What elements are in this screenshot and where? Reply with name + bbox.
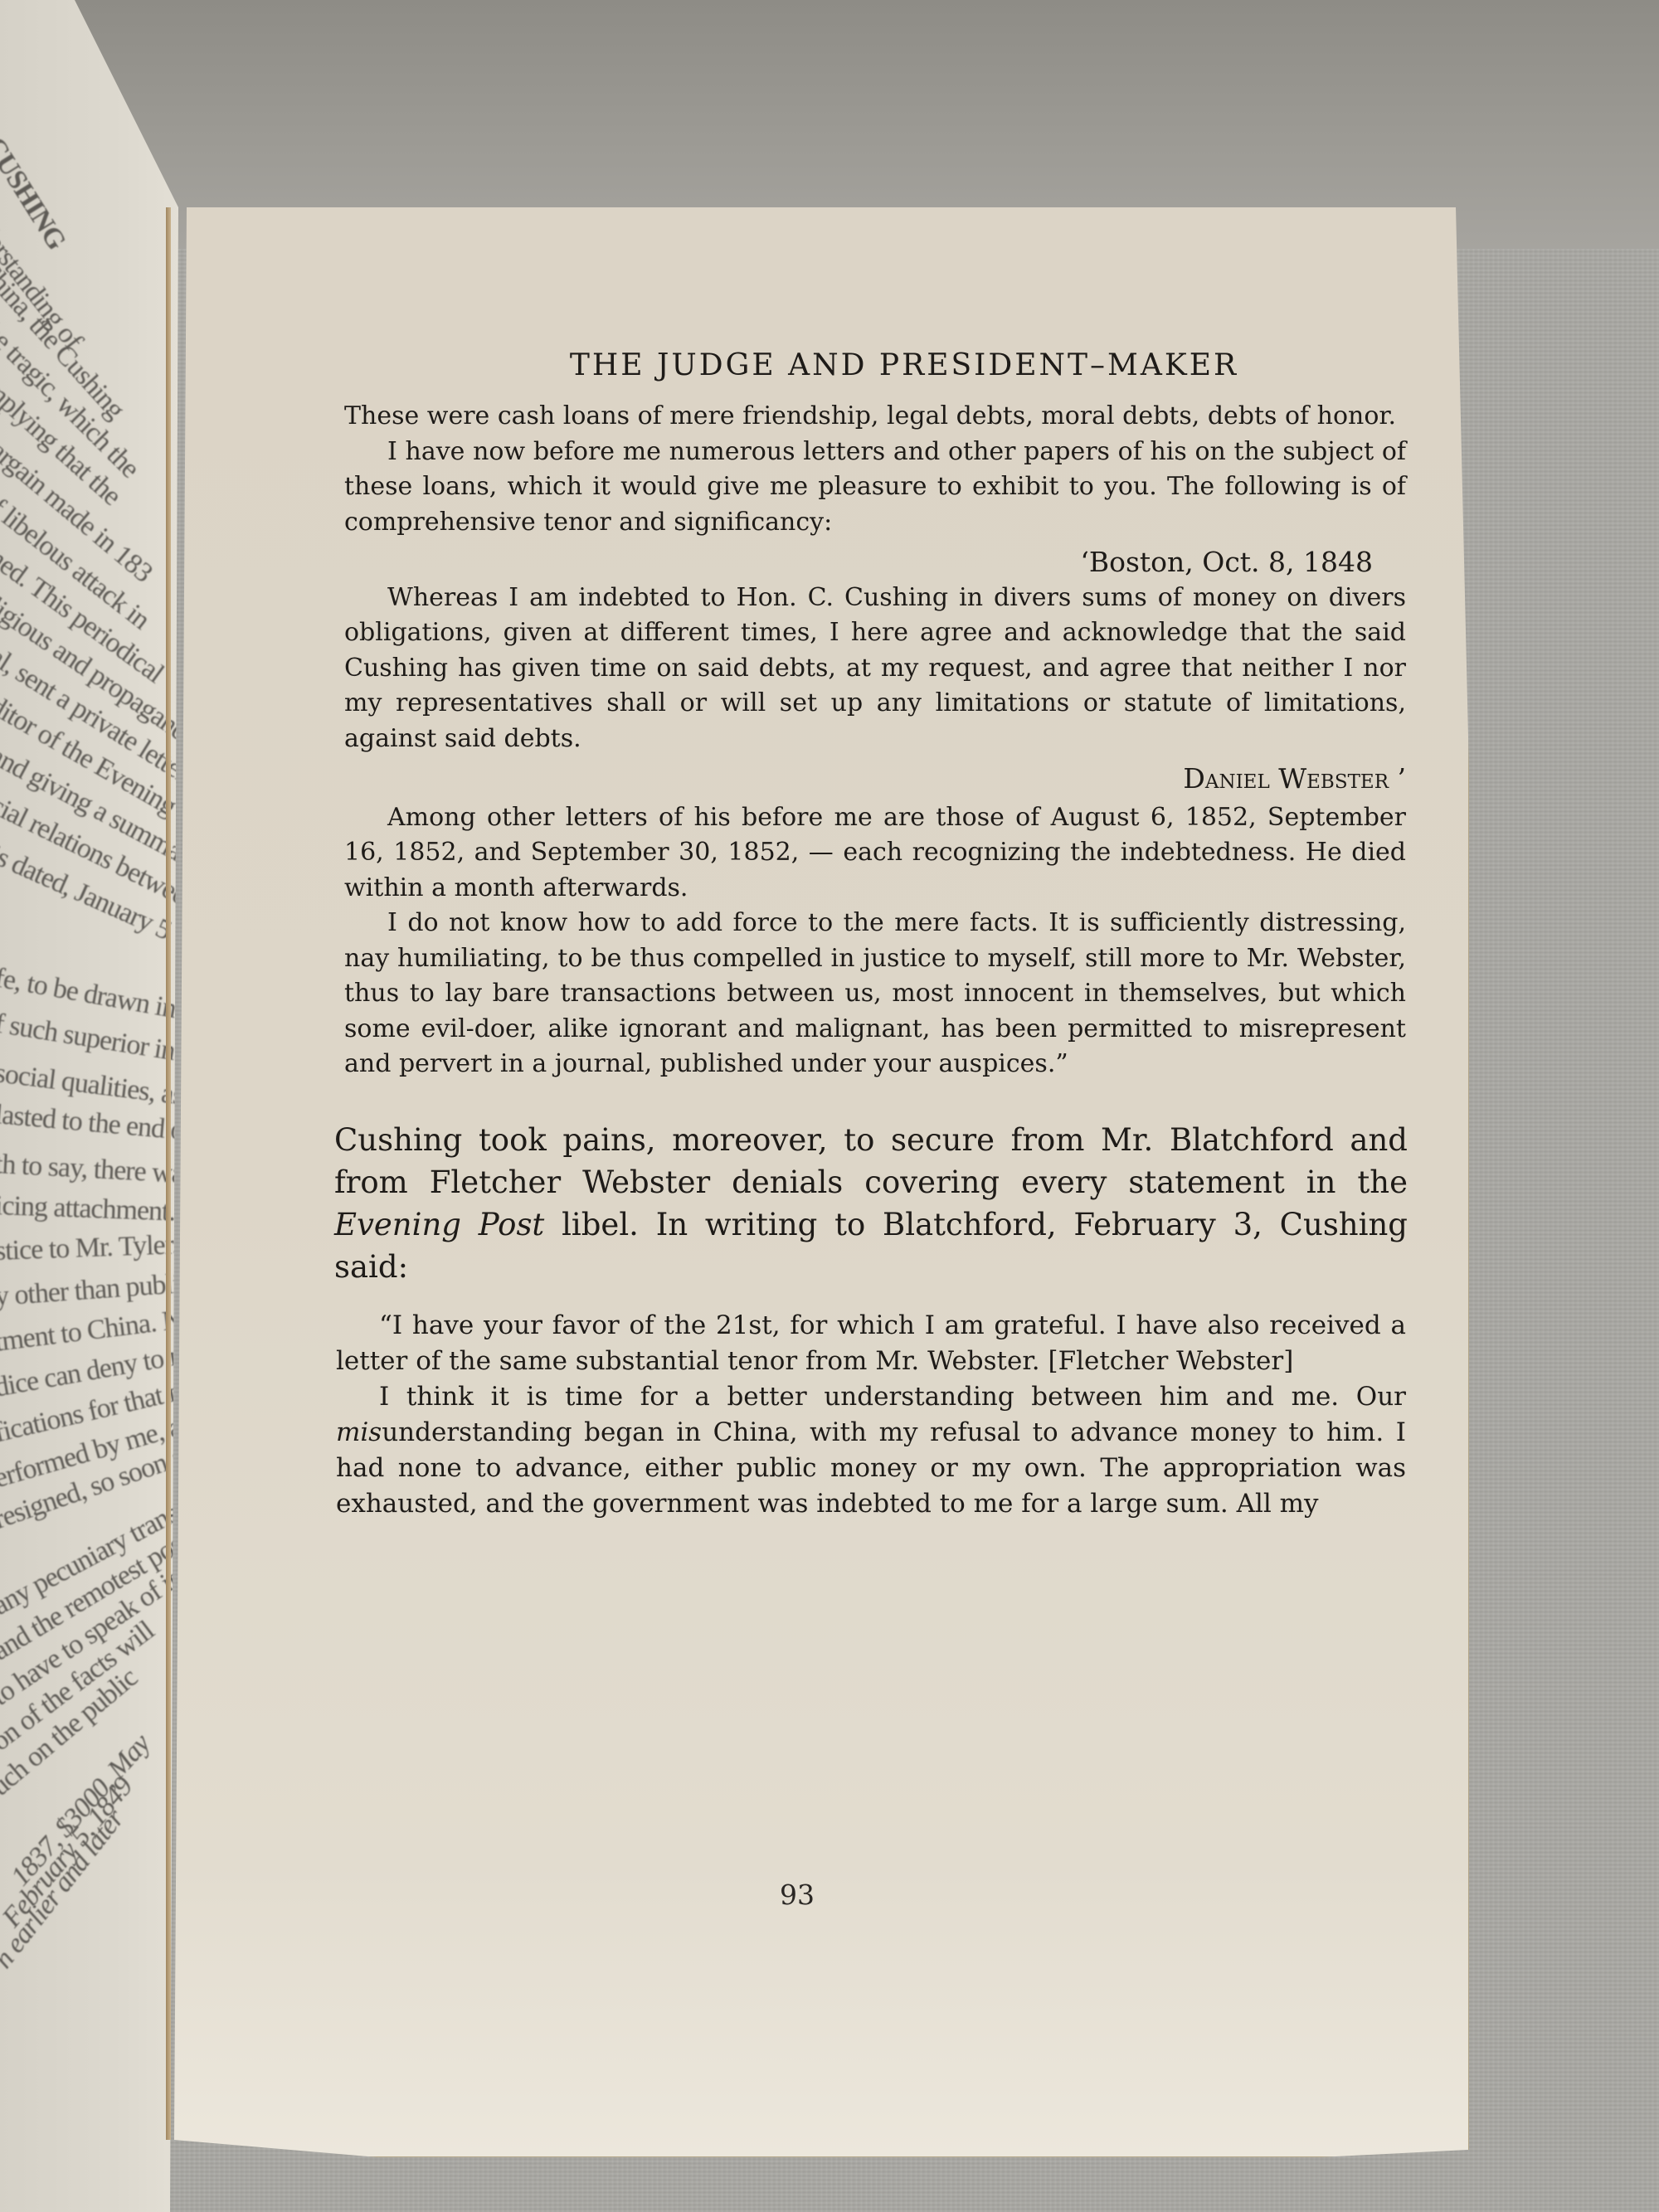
text: I think it is time for a better understa… [379,1382,1406,1412]
letter-body: Whereas I am indebted to Hon. C. Cushing… [344,581,1406,757]
emphasis: mis [336,1417,382,1447]
publication-title: Evening Post [334,1207,544,1242]
left-facing-page: CUSHING understanding of China, the Cush… [0,0,178,2212]
running-head: THE JUDGE AND PRESIDENT–MAKER [402,348,1406,382]
left-page-line: th to say, there was no [0,1149,178,1189]
paragraph: These were cash loans of mere friendship… [344,399,1406,435]
left-page-line: stice to Mr. Tyler. Mr. [0,1229,178,1267]
paragraph: “I have your favor of the 21st, for whic… [336,1308,1406,1379]
paragraph: I have now before me numerous letters an… [344,435,1406,541]
cushing-letter-quote: “I have your favor of the 21st, for whic… [336,1308,1406,1522]
letter-dateline: ‘Boston, Oct. 8, 1848 [344,545,1373,581]
letter-signature: Daniel Webster ’ [344,761,1406,797]
page-number: 93 [780,1879,815,1911]
narrative-text: Cushing took pains, moreover, to secure … [334,1122,1408,1200]
paragraph: I think it is time for a better understa… [336,1379,1406,1522]
paragraph: I do not know how to add force to the me… [344,906,1406,1082]
page-gutter-edge [166,207,171,2140]
text: understanding began in China, with my re… [336,1417,1406,1519]
left-page-line: icing attachment. [0,1190,178,1228]
left-page-line: y other than public and [0,1269,178,1313]
book-page-93: THE JUDGE AND PRESIDENT–MAKER These were… [174,207,1468,2156]
narrative-paragraph: Cushing took pains, moreover, to secure … [334,1119,1408,1288]
quoted-letter-block: These were cash loans of mere friendship… [344,399,1406,1082]
page-text-area: THE JUDGE AND PRESIDENT–MAKER These were… [344,348,1406,1522]
paragraph: Among other letters of his before me are… [344,800,1406,907]
